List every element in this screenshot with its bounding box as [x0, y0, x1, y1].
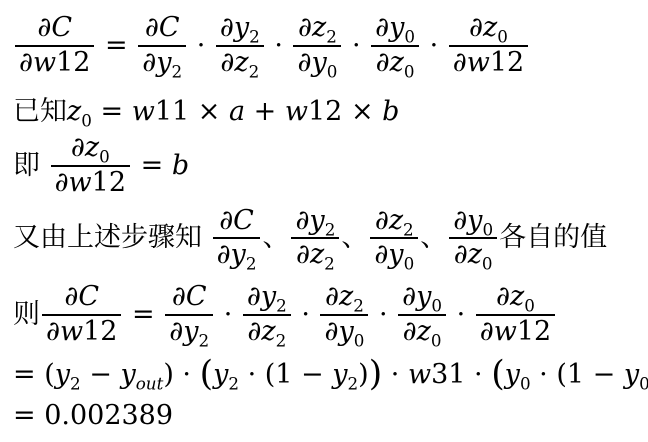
fraction-denominator: ∂w12	[51, 167, 130, 198]
math-text: 、	[341, 222, 368, 253]
fraction-denominator: ∂w12	[476, 316, 555, 347]
math-variable: y	[505, 359, 520, 390]
fraction-denominator: ∂y0	[370, 239, 418, 270]
fraction-denominator: ∂z2	[243, 316, 291, 347]
fraction-denominator: ∂w12	[15, 47, 94, 78]
big-open-paren: (	[200, 354, 213, 394]
math-variable: y	[332, 359, 347, 390]
subscript: 0	[99, 147, 110, 167]
math-text: 则	[13, 299, 40, 330]
subscript: 0	[404, 254, 415, 274]
math-fraction: ∂y0∂z0	[449, 206, 497, 270]
fraction-denominator: ∂w12	[449, 47, 528, 78]
fraction-denominator: ∂z2	[291, 239, 339, 270]
fraction-numerator: ∂C	[138, 13, 186, 47]
fraction-numerator: ∂C	[165, 282, 213, 316]
math-variable: w	[132, 96, 155, 127]
math-fraction: ∂y0∂z0	[371, 13, 419, 77]
fraction-denominator: ∂z0	[371, 47, 419, 78]
formula-line-then-chain-rule: 则∂C∂w12 = ∂C∂y2 · ∂y2∂z2 · ∂z2∂y0 · ∂y0∂…	[13, 282, 648, 346]
math-variable: y	[55, 359, 70, 390]
math-text: ·	[188, 30, 214, 61]
math-fraction: ∂z2∂y0	[293, 13, 341, 77]
math-variable: ∂C	[219, 205, 254, 236]
subscript: 0	[404, 26, 415, 46]
math-variable: ∂w	[480, 316, 517, 347]
subscript: 0	[520, 373, 531, 393]
math-variable: ∂w	[453, 47, 490, 78]
math-variable: ∂z	[247, 316, 275, 347]
math-fraction: ∂z0∂w12	[51, 133, 130, 197]
math-variable: z	[67, 96, 81, 127]
fraction-numerator: ∂z2	[370, 206, 418, 240]
math-variable: ∂y	[374, 239, 403, 270]
math-text: ·	[293, 299, 319, 330]
math-variable: ∂w	[46, 316, 83, 347]
fraction-denominator: ∂w12	[42, 316, 121, 347]
math-text: = 0.002389	[13, 400, 173, 431]
formula-line-known-values: 又由上述步骤知 ∂C∂y2、∂y2∂z2、∂z2∂y0、∂y0∂z0各自的值	[13, 206, 648, 270]
math-text: 、	[420, 222, 447, 253]
math-fraction: ∂z0∂w12	[449, 13, 528, 77]
fraction-numerator: ∂y0	[449, 206, 497, 240]
subscript: 0	[81, 111, 92, 131]
math-variable: ∂z	[469, 12, 497, 43]
math-variable: a	[229, 96, 245, 127]
math-text: ·	[266, 30, 292, 61]
fraction-numerator: ∂y0	[398, 282, 446, 316]
fraction-denominator: ∂y0	[293, 47, 341, 78]
math-fraction: ∂y2∂z2	[291, 206, 339, 270]
math-fraction: ∂y2∂z2	[216, 13, 264, 77]
subscript: 0	[482, 219, 493, 239]
math-variable: ∂y	[295, 205, 324, 236]
subscript: 2	[403, 219, 414, 239]
document-body: { "page": { "background": "#ffffff", "te…	[0, 0, 648, 442]
subscript: out	[136, 373, 164, 393]
fraction-numerator: ∂z0	[449, 13, 528, 47]
formula-line-result: = 0.002389	[13, 400, 648, 431]
math-variable: ∂z	[325, 281, 353, 312]
math-text: 即	[13, 150, 49, 181]
math-text: ·	[448, 299, 474, 330]
math-variable: ∂y	[247, 281, 276, 312]
math-variable: ∂w	[55, 167, 92, 198]
math-variable: ∂y	[220, 12, 249, 43]
subscript: 2	[249, 26, 260, 46]
math-variable: ∂y	[375, 12, 404, 43]
math-variable: ∂C	[172, 281, 207, 312]
math-variable: ∂z	[376, 47, 404, 78]
formula-line-chain-rule: ∂C∂w12 = ∂C∂y2 · ∂y2∂z2 · ∂z2∂y0 · ∂y0∂z…	[13, 13, 648, 77]
math-variable: ∂C	[37, 12, 72, 43]
math-variable: b	[172, 150, 189, 181]
formula-line-dz0-dw12: 即 ∂z0∂w12 = b	[13, 133, 648, 197]
subscript: 2	[325, 219, 336, 239]
math-variable: ∂z	[71, 132, 99, 163]
math-fraction: ∂y0∂z0	[398, 282, 446, 346]
math-fraction: ∂C∂w12	[42, 282, 121, 346]
math-variable: ∂C	[145, 12, 180, 43]
subscript: 0	[354, 330, 365, 350]
math-fraction: ∂z2∂y0	[370, 206, 418, 270]
math-text: = (y2 − yout) · (y2 · (1 − y2)) · w31 · …	[13, 359, 648, 390]
fraction-denominator: ∂y0	[320, 316, 368, 347]
subscript: 0	[497, 26, 508, 46]
subscript: 2	[246, 254, 257, 274]
math-variable: ∂z	[375, 205, 403, 236]
math-variable: ∂y	[453, 205, 482, 236]
subscript: 2	[249, 61, 260, 81]
fraction-numerator: ∂z2	[320, 282, 368, 316]
subscript: 2	[353, 296, 364, 316]
subscript: 2	[276, 330, 287, 350]
fraction-numerator: ∂C	[42, 282, 121, 316]
math-fraction: ∂C∂y2	[138, 13, 186, 77]
math-fraction: ∂y2∂z2	[243, 282, 291, 346]
math-text: ·	[215, 299, 241, 330]
math-fraction: ∂C∂y2	[165, 282, 213, 346]
formula-line-given-z0: 已知z0 = w11 × a + w12 × b	[13, 96, 648, 127]
math-text: ·	[343, 30, 369, 61]
fraction-numerator: ∂z0	[476, 282, 555, 316]
formula-line-expanded: = (y2 − yout) · (y2 · (1 − y2)) · w31 · …	[13, 359, 648, 390]
math-variable: ∂y	[142, 47, 171, 78]
math-variable: y	[213, 359, 228, 390]
math-variable: ∂z	[403, 316, 431, 347]
math-variable: out	[136, 373, 164, 393]
math-variable: ∂y	[297, 47, 326, 78]
subscript: 2	[171, 61, 182, 81]
fraction-numerator: ∂C	[213, 206, 261, 240]
fraction-denominator: ∂y2	[138, 47, 186, 78]
fraction-numerator: ∂z0	[51, 133, 130, 167]
fraction-numerator: ∂y2	[291, 206, 339, 240]
math-variable: ∂y	[402, 281, 431, 312]
fraction-numerator: ∂y0	[371, 13, 419, 47]
fraction-denominator: ∂z0	[449, 239, 497, 270]
subscript: 2	[276, 296, 287, 316]
math-variable: ∂C	[64, 281, 99, 312]
math-text: ·	[421, 30, 447, 61]
math-variable: w	[408, 359, 431, 390]
math-variable: ∂z	[454, 239, 482, 270]
math-derivation-document: ∂C∂w12 = ∂C∂y2 · ∂y2∂z2 · ∂z2∂y0 · ∂y0∂z…	[0, 0, 648, 431]
math-variable: ∂z	[496, 281, 524, 312]
math-text: =	[96, 30, 136, 61]
math-variable: ∂z	[220, 47, 248, 78]
math-variable: ∂y	[324, 316, 353, 347]
fraction-denominator: ∂y2	[165, 316, 213, 347]
subscript: 0	[404, 61, 415, 81]
math-fraction: ∂C∂w12	[15, 13, 94, 77]
math-text: 又由上述步骤知	[13, 222, 211, 253]
fraction-numerator: ∂z2	[293, 13, 341, 47]
subscript: 0	[639, 373, 648, 393]
subscript: 0	[327, 61, 338, 81]
fraction-numerator: ∂y2	[243, 282, 291, 316]
math-fraction: ∂z2∂y0	[320, 282, 368, 346]
subscript: 2	[228, 373, 239, 393]
subscript: 0	[431, 330, 442, 350]
math-variable: ∂y	[169, 316, 198, 347]
math-variable: ∂y	[217, 239, 246, 270]
math-variable: ∂w	[19, 47, 56, 78]
subscript: 2	[348, 373, 359, 393]
fraction-numerator: ∂C	[15, 13, 94, 47]
math-text: 、	[262, 222, 289, 253]
subscript: 0	[482, 254, 493, 274]
subscript: 2	[326, 26, 337, 46]
math-text: 各自的值	[499, 222, 607, 253]
big-open-paren: (	[491, 354, 504, 394]
math-variable: ∂z	[296, 239, 324, 270]
math-text: =	[123, 299, 163, 330]
subscript: 2	[324, 254, 335, 274]
fraction-denominator: ∂z0	[398, 316, 446, 347]
subscript: 0	[524, 296, 535, 316]
math-variable: w	[285, 96, 308, 127]
fraction-denominator: ∂y2	[213, 239, 261, 270]
math-variable: y	[120, 359, 135, 390]
math-fraction: ∂z0∂w12	[476, 282, 555, 346]
math-fraction: ∂C∂y2	[213, 206, 261, 270]
big-close-paren: )	[369, 354, 382, 394]
math-variable: y	[624, 359, 639, 390]
math-variable: b	[382, 96, 399, 127]
subscript: 2	[198, 330, 209, 350]
math-text: ·	[370, 299, 396, 330]
math-text: = b	[132, 150, 189, 181]
fraction-denominator: ∂z2	[216, 47, 264, 78]
fraction-numerator: ∂y2	[216, 13, 264, 47]
math-variable: ∂z	[298, 12, 326, 43]
subscript: 0	[431, 296, 442, 316]
math-text: 已知z0 = w11 × a + w12 × b	[13, 96, 399, 127]
subscript: 2	[70, 373, 81, 393]
